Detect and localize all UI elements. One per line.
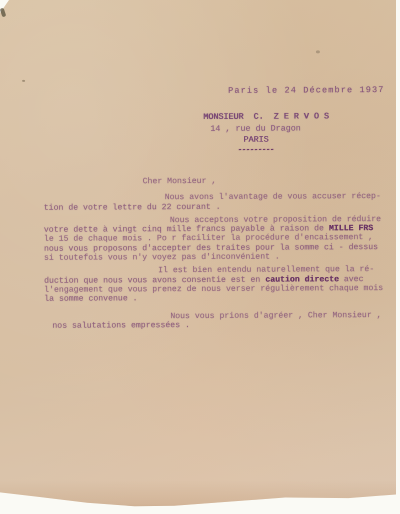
letter-line: tion de votre lettre du 22 courant .	[44, 202, 389, 213]
letter-text-segment: la somme convenue .	[44, 295, 137, 304]
letter-text-segment: si toutefois vous n'y voyez pas d'inconv…	[44, 253, 280, 263]
letter-text-segment: Cher Monsieur ,	[143, 177, 217, 186]
paper-speck	[22, 80, 25, 82]
recipient-block: MONSIEUR C. Z E R V O S 14 , rue du Drag…	[203, 111, 329, 156]
letter-paragraph: Nous avons l'avantage de vous accuser ré…	[44, 192, 389, 212]
recipient-name: MONSIEUR C. Z E R V O S	[203, 111, 329, 123]
letter-paragraph: Cher Monsieur ,	[44, 176, 389, 187]
letter-text-segment: MILLE FRS	[329, 224, 373, 233]
letter-text-segment: tion de votre lettre du 22 courant .	[44, 202, 221, 212]
recipient-underline: ---------	[237, 144, 329, 156]
date-line: Paris le 24 Décembre 1937	[228, 85, 384, 96]
letter-body: Cher Monsieur ,Nous avons l'avantage de …	[44, 176, 390, 331]
letter-text-segment: Nous avons l'avantage de vous accuser ré…	[165, 192, 381, 202]
recipient-address: 14 , rue du Dragon	[210, 123, 329, 135]
letter-text-segment: avec	[339, 275, 364, 284]
letter-line: Nous acceptons votre proposition de rédu…	[170, 215, 389, 225]
letter-paragraph: Nous acceptons votre proposition de rédu…	[44, 215, 389, 263]
letter-content: Paris le 24 Décembre 1937 MONSIEUR C. Z …	[0, 0, 397, 514]
paper-speck	[316, 50, 320, 53]
letter-line: la somme convenue .	[44, 293, 389, 304]
letter-text-segment: Nous acceptons votre proposition de rédu…	[170, 215, 381, 225]
letter-paper: Paris le 24 Décembre 1937 MONSIEUR C. Z …	[0, 0, 396, 514]
letter-text-segment: Nous vous prions d'agréer , Cher Monsieu…	[170, 311, 381, 321]
letter-paragraph: Il est bien entendu naturellement que la…	[44, 265, 389, 304]
letter-line: si toutefois vous n'y voyez pas d'inconv…	[44, 252, 389, 263]
letter-line: Cher Monsieur ,	[143, 176, 389, 187]
letter-text-segment: l'engagement que vous prenez de nous ver…	[44, 284, 383, 295]
letter-paragraph: Nous vous prions d'agréer , Cher Monsieu…	[44, 311, 389, 331]
letter-line: Nous vous prions d'agréer , Cher Monsieu…	[170, 311, 389, 321]
letter-line: nos salutations empressées .	[52, 320, 389, 331]
letter-text-segment: Il est bien entendu naturellement que la…	[158, 265, 374, 275]
letter-text-segment: caution directe	[265, 275, 339, 284]
letter-line: Nous avons l'avantage de vous accuser ré…	[165, 192, 389, 202]
letter-text-segment: nos salutations empressées .	[52, 321, 190, 331]
